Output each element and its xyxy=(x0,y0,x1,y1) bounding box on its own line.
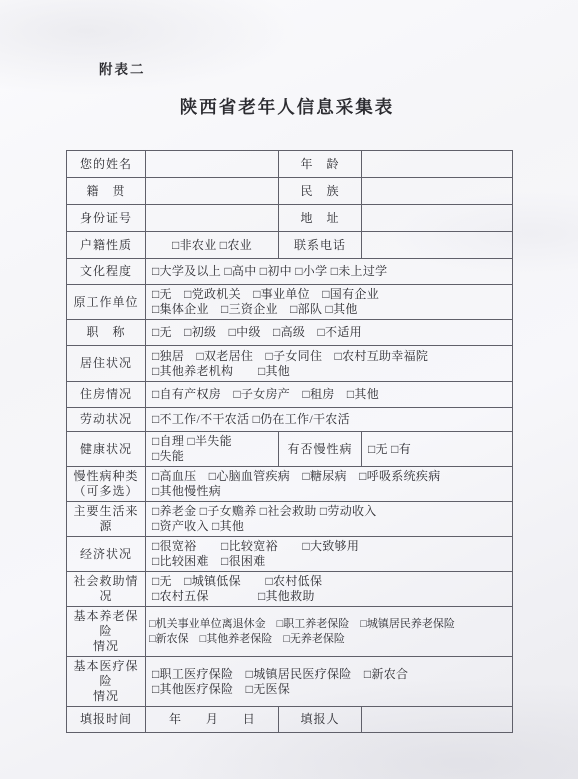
table-row: 职 称 □无 □初级 □中级 □高级 □不适用 xyxy=(67,320,513,346)
label-professional-title: 职 称 xyxy=(67,320,146,346)
table-row: 基本养老保险 情况 □机关事业单位离退休金 □职工养老保险 □城镇居民养老保险 … xyxy=(67,607,513,657)
table-row: 户籍性质 □非农业 □农业 联系电话 xyxy=(67,232,513,259)
options-labor-status: □不工作/不干农活 □仍在工作/干农活 xyxy=(146,408,513,432)
options-pension-insurance: □机关事业单位离退休金 □职工养老保险 □城镇居民养老保险 □新农保 □其他养老… xyxy=(146,607,513,657)
label-living-situation: 居住状况 xyxy=(67,346,146,382)
scanned-form-page: 附表二 陕西省老年人信息采集表 您的姓名 年 龄 籍 贯 民 族 身份证号 地 … xyxy=(0,0,578,779)
options-medical-insurance: □职工医疗保险 □城镇居民医疗保险 □新农合 □其他医疗保险 □无医保 xyxy=(146,657,513,707)
label-chronic-disease: 有否慢性病 xyxy=(279,432,362,467)
input-id-number xyxy=(146,205,279,232)
options-education: □大学及以上 □高中 □初中 □小学 □未上过学 xyxy=(146,259,513,285)
label-native-place: 籍 贯 xyxy=(67,178,146,205)
table-row: 经济状况 □很宽裕 □比较宽裕 □大致够用 □比较困难 □很困难 xyxy=(67,537,513,572)
label-address: 地 址 xyxy=(279,205,362,232)
table-row: 您的姓名 年 龄 xyxy=(67,151,513,178)
label-ethnicity: 民 族 xyxy=(279,178,362,205)
table-row: 劳动状况 □不工作/不干农活 □仍在工作/干农活 xyxy=(67,408,513,432)
value-fill-date: 年 月 日 xyxy=(146,707,279,733)
options-housing: □自有产权房 □子女房产 □租房 □其他 xyxy=(146,382,513,408)
label-phone: 联系电话 xyxy=(279,232,362,259)
label-pension-insurance: 基本养老保险 情况 xyxy=(67,607,146,657)
table-row: 健康状况 □自理 □半失能 □失能 有否慢性病 □无 □有 xyxy=(67,432,513,467)
options-health: □自理 □半失能 □失能 xyxy=(146,432,279,467)
options-social-assistance: □无 □城镇低保 □农村低保 □农村五保 □其他救助 xyxy=(146,572,513,607)
options-living-situation: □独居 □双老居住 □子女同住 □农村互助幸福院 □其他养老机构 □其他 xyxy=(146,346,513,382)
input-filler xyxy=(362,707,513,733)
input-age xyxy=(362,151,513,178)
input-native-place xyxy=(146,178,279,205)
label-former-employer: 原工作单位 xyxy=(67,285,146,320)
input-phone xyxy=(362,232,513,259)
label-medical-insurance: 基本医疗保险 情况 xyxy=(67,657,146,707)
options-household-type: □非农业 □农业 xyxy=(146,232,279,259)
table-row: 主要生活来源 □养老金 □子女赡养 □社会救助 □劳动收入 □资产收入 □其他 xyxy=(67,502,513,537)
options-chronic-disease-yesno: □无 □有 xyxy=(362,432,513,467)
table-row: 籍 贯 民 族 xyxy=(67,178,513,205)
table-row: 基本医疗保险 情况 □职工医疗保险 □城镇居民医疗保险 □新农合 □其他医疗保险… xyxy=(67,657,513,707)
label-labor-status: 劳动状况 xyxy=(67,408,146,432)
table-row: 居住状况 □独居 □双老居住 □子女同住 □农村互助幸福院 □其他养老机构 □其… xyxy=(67,346,513,382)
appendix-label: 附表二 xyxy=(99,58,146,78)
options-former-employer: □无 □党政机关 □事业单位 □国有企业 □集体企业 □三资企业 □部队 □其他 xyxy=(146,285,513,320)
options-economic-status: □很宽裕 □比较宽裕 □大致够用 □比较困难 □很困难 xyxy=(146,537,513,572)
options-professional-title: □无 □初级 □中级 □高级 □不适用 xyxy=(146,320,513,346)
table-row: 文化程度 □大学及以上 □高中 □初中 □小学 □未上过学 xyxy=(67,259,513,285)
page-title: 陕西省老年人信息采集表 xyxy=(62,94,512,119)
label-age: 年 龄 xyxy=(279,151,362,178)
options-income-source: □养老金 □子女赡养 □社会救助 □劳动收入 □资产收入 □其他 xyxy=(146,502,513,537)
label-household-type: 户籍性质 xyxy=(67,232,146,259)
label-fill-date: 填报时间 xyxy=(67,707,146,733)
label-social-assistance: 社会救助情况 xyxy=(67,572,146,607)
label-income-source: 主要生活来源 xyxy=(67,502,146,537)
label-filler: 填报人 xyxy=(279,707,362,733)
label-education: 文化程度 xyxy=(67,259,146,285)
label-health: 健康状况 xyxy=(67,432,146,467)
table-row: 身份证号 地 址 xyxy=(67,205,513,232)
table-row: 住房情况 □自有产权房 □子女房产 □租房 □其他 xyxy=(67,382,513,408)
label-housing: 住房情况 xyxy=(67,382,146,408)
input-ethnicity xyxy=(362,178,513,205)
label-chronic-types: 慢性病种类 （可多选） xyxy=(67,467,146,502)
table-row: 填报时间 年 月 日 填报人 xyxy=(67,707,513,733)
input-name xyxy=(146,151,279,178)
table-row: 慢性病种类 （可多选） □高血压 □心脑血管疾病 □糖尿病 □呼吸系统疾病 □其… xyxy=(67,467,513,502)
label-economic-status: 经济状况 xyxy=(67,537,146,572)
table-row: 社会救助情况 □无 □城镇低保 □农村低保 □农村五保 □其他救助 xyxy=(67,572,513,607)
label-id-number: 身份证号 xyxy=(67,205,146,232)
table-row: 原工作单位 □无 □党政机关 □事业单位 □国有企业 □集体企业 □三资企业 □… xyxy=(67,285,513,320)
input-address xyxy=(362,205,513,232)
options-chronic-types: □高血压 □心脑血管疾病 □糖尿病 □呼吸系统疾病 □其他慢性病 xyxy=(146,467,513,502)
form-table: 您的姓名 年 龄 籍 贯 民 族 身份证号 地 址 户籍性质 □非农业 □农业 … xyxy=(66,150,513,733)
label-name: 您的姓名 xyxy=(67,151,146,178)
